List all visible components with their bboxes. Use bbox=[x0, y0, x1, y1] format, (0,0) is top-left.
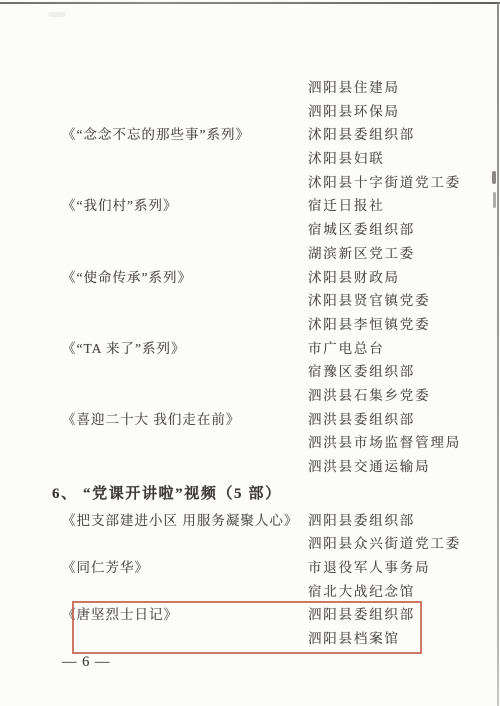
organization-name: 泗洪县市场监督管理局 bbox=[308, 431, 461, 455]
organization-name: 泗阳县住建局 bbox=[308, 76, 400, 100]
entry-row: 《喜迎二十大 我们走在前》泗洪县委组织部 bbox=[0, 408, 500, 432]
entry-row: 《“念念不忘的那些事”系列》沭阳县委组织部 bbox=[0, 123, 500, 147]
entries-list-bottom: 《把支部建进小区 用服务凝聚人心》泗阳县委组织部泗阳县众兴街道党工委《同仁芳华》… bbox=[0, 509, 500, 651]
organization-name: 宿迁日报社 bbox=[308, 194, 385, 218]
scanned-document-page: 泗阳县住建局泗阳县环保局《“念念不忘的那些事”系列》沭阳县委组织部沭阳县妇联沭阳… bbox=[0, 0, 500, 706]
entry-row: 泗阳县众兴街道党工委 bbox=[0, 532, 500, 556]
scan-edge-top bbox=[0, 2, 500, 4]
organization-name: 泗洪县委组织部 bbox=[308, 408, 415, 432]
entry-row: 泗阳县环保局 bbox=[0, 100, 500, 124]
organization-name: 泗阳县众兴街道党工委 bbox=[308, 532, 461, 556]
organization-name: 宿城区委组织部 bbox=[308, 218, 415, 242]
document-body: 泗阳县住建局泗阳县环保局《“念念不忘的那些事”系列》沭阳县委组织部沭阳县妇联沭阳… bbox=[0, 76, 500, 651]
organization-name: 沭阳县贤官镇党委 bbox=[308, 289, 430, 313]
organization-name: 宿豫区委组织部 bbox=[308, 360, 415, 384]
organization-name: 沭阳县妇联 bbox=[308, 147, 385, 171]
entry-row: 泗洪县交通运输局 bbox=[0, 455, 500, 479]
organization-name: 泗阳县环保局 bbox=[308, 100, 400, 124]
entry-row: 沭阳县十字街道党工委 bbox=[0, 171, 500, 195]
series-title: 《把支部建进小区 用服务凝聚人心》 bbox=[62, 509, 298, 533]
organization-name: 市退役军人事务局 bbox=[308, 556, 430, 580]
organization-name: 沭阳县李恒镇党委 bbox=[308, 313, 430, 337]
series-title: 《同仁芳华》 bbox=[62, 556, 149, 580]
organization-name: 泗阳县档案馆 bbox=[308, 627, 400, 651]
series-title: 《唐坚烈士日记》 bbox=[62, 603, 178, 627]
organization-name: 宿北大战纪念馆 bbox=[308, 580, 415, 604]
series-title: 《“TA 来了”系列》 bbox=[62, 337, 186, 361]
organization-name: 湖滨新区党工委 bbox=[308, 242, 415, 266]
entry-row: 《同仁芳华》市退役军人事务局 bbox=[0, 556, 500, 580]
entry-row: 沭阳县贤官镇党委 bbox=[0, 289, 500, 313]
entry-row: 泗洪县石集乡党委 bbox=[0, 384, 500, 408]
series-title: 《喜迎二十大 我们走在前》 bbox=[62, 408, 240, 432]
organization-name: 泗洪县交通运输局 bbox=[308, 455, 430, 479]
organization-name: 沭阳县财政局 bbox=[308, 266, 400, 290]
section-heading: 6、 “党课开讲啦”视频（5 部） bbox=[0, 479, 500, 509]
entry-row: 宿城区委组织部 bbox=[0, 218, 500, 242]
entry-row: 《“我们村”系列》宿迁日报社 bbox=[0, 194, 500, 218]
entry-row: 宿北大战纪念馆 bbox=[0, 580, 500, 604]
series-title: 《“使命传承”系列》 bbox=[62, 266, 192, 290]
entry-row: 泗阳县档案馆 bbox=[0, 627, 500, 651]
scan-artifact bbox=[48, 12, 66, 17]
organization-name: 沭阳县十字街道党工委 bbox=[308, 171, 461, 195]
series-title: 《“我们村”系列》 bbox=[62, 194, 177, 218]
organization-name: 市广电总台 bbox=[308, 337, 385, 361]
entry-row: 沭阳县李恒镇党委 bbox=[0, 313, 500, 337]
organization-name: 泗阳县委组织部 bbox=[308, 509, 415, 533]
entry-row: 沭阳县妇联 bbox=[0, 147, 500, 171]
page-number: — 6 — bbox=[62, 654, 111, 671]
organization-name: 沭阳县委组织部 bbox=[308, 123, 415, 147]
organization-name: 泗阳县委组织部 bbox=[308, 603, 415, 627]
entries-list-top: 泗阳县住建局泗阳县环保局《“念念不忘的那些事”系列》沭阳县委组织部沭阳县妇联沭阳… bbox=[0, 76, 500, 479]
entry-row: 泗洪县市场监督管理局 bbox=[0, 431, 500, 455]
entry-row: 泗阳县住建局 bbox=[0, 76, 500, 100]
entry-row: 《“使命传承”系列》沭阳县财政局 bbox=[0, 266, 500, 290]
entry-row: 《把支部建进小区 用服务凝聚人心》泗阳县委组织部 bbox=[0, 509, 500, 533]
entry-row: 《唐坚烈士日记》泗阳县委组织部 bbox=[0, 603, 500, 627]
entry-row: 《“TA 来了”系列》市广电总台 bbox=[0, 337, 500, 361]
organization-name: 泗洪县石集乡党委 bbox=[308, 384, 430, 408]
entry-row: 湖滨新区党工委 bbox=[0, 242, 500, 266]
series-title: 《“念念不忘的那些事”系列》 bbox=[62, 123, 250, 147]
entry-row: 宿豫区委组织部 bbox=[0, 360, 500, 384]
